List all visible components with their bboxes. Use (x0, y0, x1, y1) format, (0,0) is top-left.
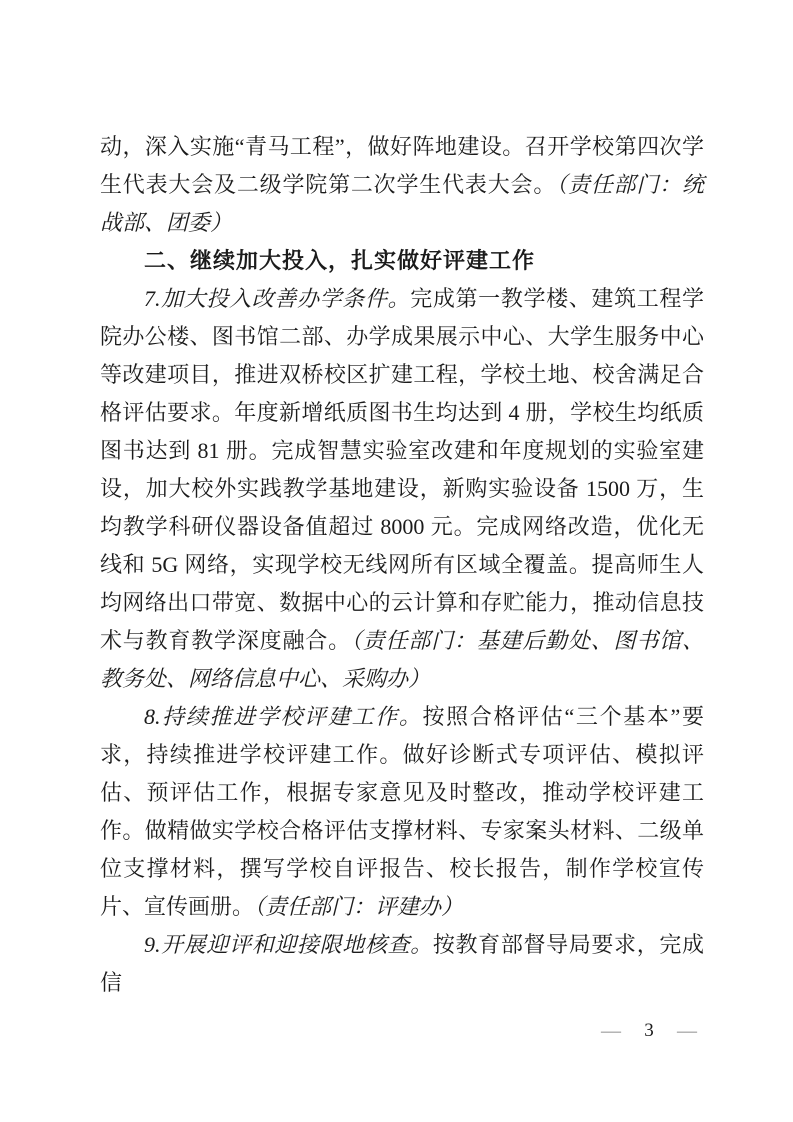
text-segment-body: 按照合格评估“三个基本”要求，持续推进学校评建工作。做好诊断式专项评估、模拟评估… (100, 704, 704, 919)
page-footer: — 3 — (601, 1019, 697, 1043)
document-body: 动，深入实施“青马工程”，做好阵地建设。召开学校第四次学生代表大会及二级学院第二… (100, 128, 704, 1002)
para-item-9: 9.开展迎评和迎接限地核查。按教育部督导局要求，完成信 (100, 926, 704, 1002)
footer-dash-right: — (677, 1021, 697, 1040)
para-continuation: 动，深入实施“青马工程”，做好阵地建设。召开学校第四次学生代表大会及二级学院第二… (100, 128, 704, 242)
section-heading-2: 二、继续加大投入，扎实做好评建工作 (100, 242, 704, 280)
text-segment-emphasis: 9.开展迎评和迎接限地核查。 (144, 932, 433, 957)
footer-dash-left: — (601, 1021, 621, 1040)
text-segment-emphasis: 7.加大投入改善办学条件。 (144, 286, 410, 311)
text-segment-emphasis: 8.持续推进学校评建工作。 (144, 704, 422, 729)
para-item-8: 8.持续推进学校评建工作。按照合格评估“三个基本”要求，持续推进学校评建工作。做… (100, 698, 704, 926)
document-page: 动，深入实施“青马工程”，做好阵地建设。召开学校第四次学生代表大会及二级学院第二… (0, 0, 793, 1122)
text-segment-heading: 二、继续加大投入，扎实做好评建工作 (144, 248, 535, 273)
text-segment-body: 完成第一教学楼、建筑工程学院办公楼、图书馆二部、办学成果展示中心、大学生服务中心… (100, 286, 704, 653)
page-number: 3 (644, 1019, 654, 1043)
para-item-7: 7.加大投入改善办学条件。完成第一教学楼、建筑工程学院办公楼、图书馆二部、办学成… (100, 280, 704, 698)
text-segment-emphasis: （责任部门：评建办） (254, 894, 463, 919)
